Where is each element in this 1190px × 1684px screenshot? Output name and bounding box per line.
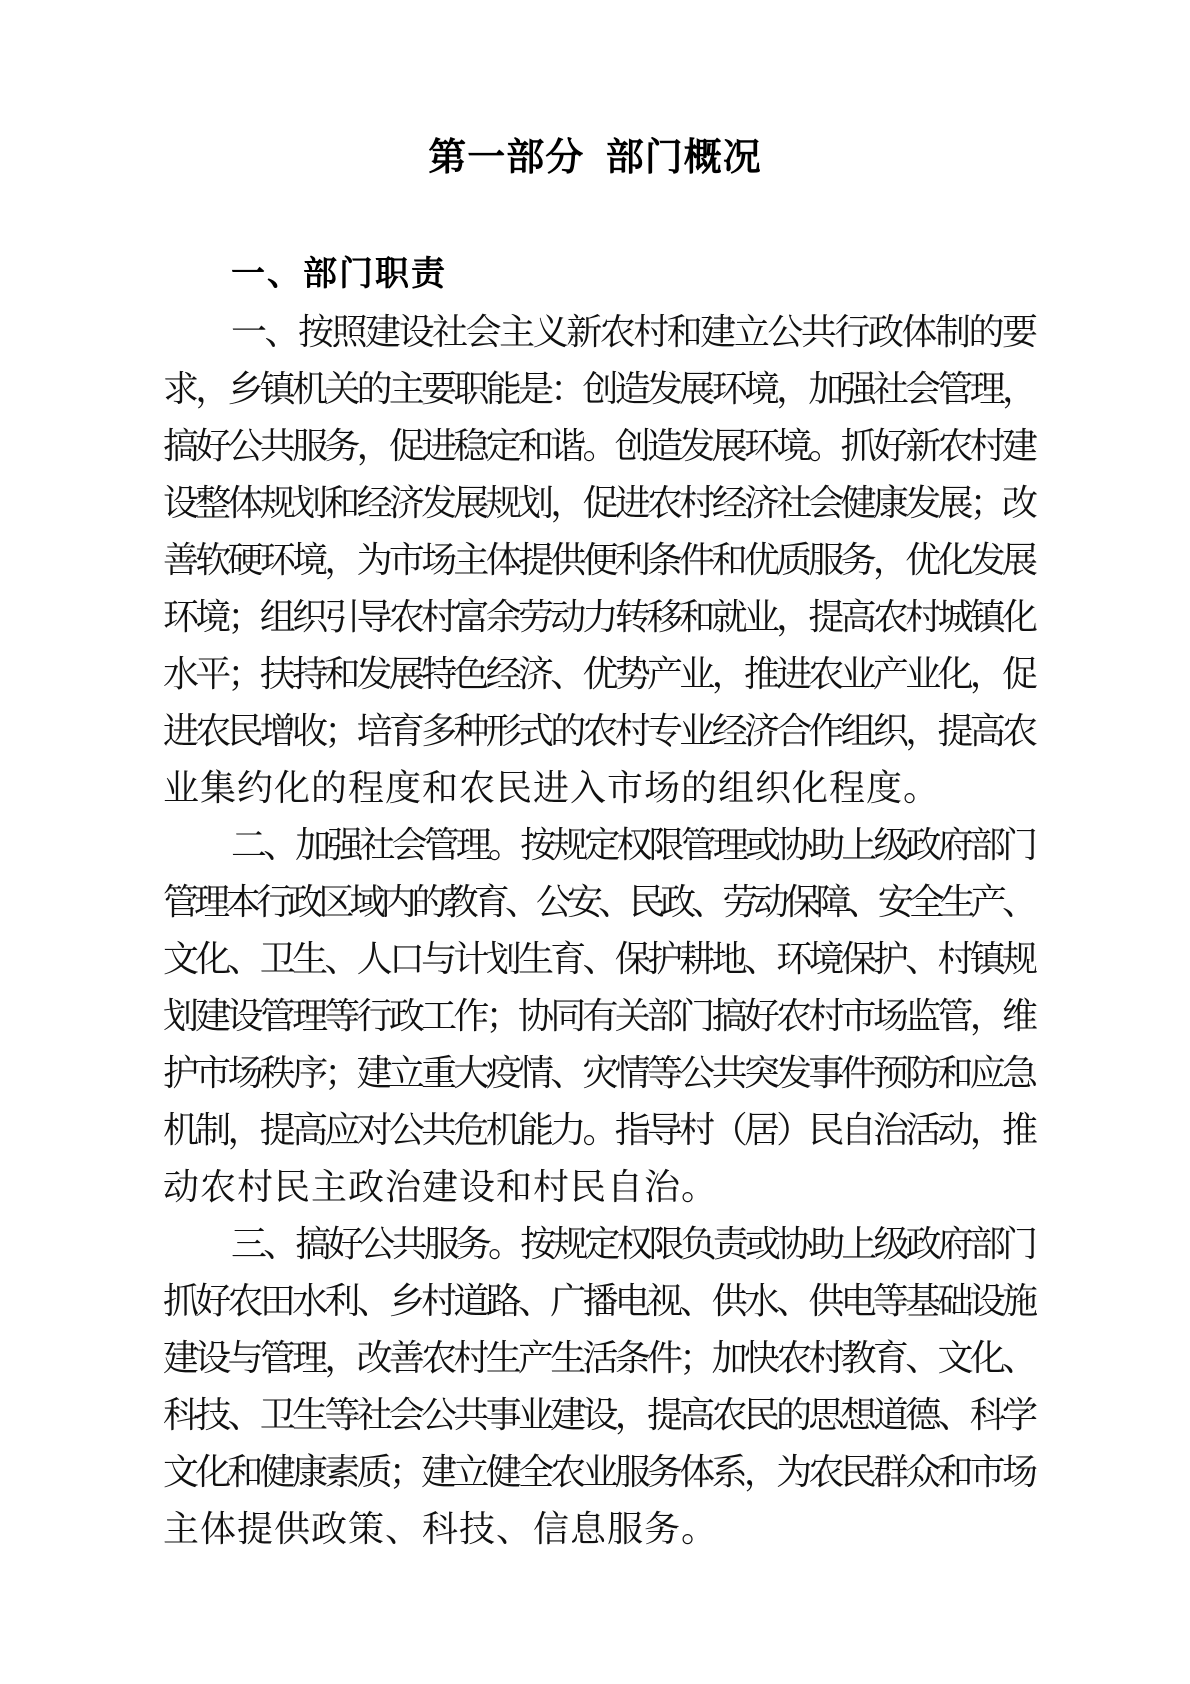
document-body: 一、部门职责 一、按照建设社会主义新农村和建立公共行政体制的要求，乡镇机关的主要… bbox=[0, 254, 1190, 1558]
paragraph-1-line-4: 设整体规划和经济发展规划，促进农村经济社会健康发展；改 bbox=[163, 475, 1038, 532]
paragraph-3-line-1: 三、搞好公共服务。按规定权限负责或协助上级政府部门 bbox=[163, 1216, 1038, 1273]
paragraph-1-line-6: 环境；组织引导农村富余劳动力转移和就业，提高农村城镇化 bbox=[163, 589, 1038, 646]
document-page: 第一部分 部门概况 一、部门职责 一、按照建设社会主义新农村和建立公共行政体制的… bbox=[0, 0, 1190, 1684]
body-text: 业集约化的程度和农民进入市场的组织化程度。 bbox=[163, 760, 940, 817]
paragraph-2-line-2: 管理本行政区域内的教育、公安、民政、劳动保障、安全生产、 bbox=[163, 874, 1038, 931]
paragraph-1-line-5: 善软硬环境，为市场主体提供便利条件和优质服务，优化发展 bbox=[163, 532, 1038, 589]
paragraph-2-line-5: 护市场秩序；建立重大疫情、灾情等公共突发事件预防和应急 bbox=[163, 1045, 1038, 1102]
body-text: 善软硬环境，为市场主体提供便利条件和优质服务，优化发展 bbox=[163, 532, 1034, 589]
body-text: 主体提供政策、科技、信息服务。 bbox=[163, 1501, 718, 1558]
document-title: 第一部分 部门概况 bbox=[0, 134, 1190, 182]
paragraph-1-line-1: 一、按照建设社会主义新农村和建立公共行政体制的要 bbox=[163, 304, 1038, 361]
paragraph-3-line-6: 主体提供政策、科技、信息服务。 bbox=[163, 1501, 1038, 1558]
body-text: 抓好农田水利、乡村道路、广播电视、供水、供电等基础设施 bbox=[163, 1273, 1034, 1330]
body-text: 三、搞好公共服务。按规定权限负责或协助上级政府部门 bbox=[231, 1216, 1034, 1273]
body-text: 划建设管理等行政工作；协同有关部门搞好农村市场监管，维 bbox=[163, 988, 1034, 1045]
body-text: 设整体规划和经济发展规划，促进农村经济社会健康发展；改 bbox=[163, 475, 1034, 532]
section-heading: 一、部门职责 bbox=[163, 254, 1038, 294]
body-text: 一、按照建设社会主义新农村和建立公共行政体制的要 bbox=[231, 304, 1036, 361]
paragraph-1-line-2: 求，乡镇机关的主要职能是：创造发展环境，加强社会管理， bbox=[163, 361, 1038, 418]
body-text: 进农民增收；培育多种形式的农村专业经济合作组织，提高农 bbox=[163, 703, 1034, 760]
body-text: 科技、卫生等社会公共事业建设，提高农民的思想道德、科学 bbox=[163, 1387, 1034, 1444]
paragraph-3-line-4: 科技、卫生等社会公共事业建设，提高农民的思想道德、科学 bbox=[163, 1387, 1038, 1444]
paragraphs-container: 一、按照建设社会主义新农村和建立公共行政体制的要求，乡镇机关的主要职能是：创造发… bbox=[163, 304, 1038, 1558]
body-text: 搞好公共服务，促进稳定和谐。创造发展环境。抓好新农村建 bbox=[163, 418, 1034, 475]
paragraph-1-line-3: 搞好公共服务，促进稳定和谐。创造发展环境。抓好新农村建 bbox=[163, 418, 1038, 475]
body-text: 动农村民主政治建设和村民自治。 bbox=[163, 1159, 718, 1216]
body-text: 护市场秩序；建立重大疫情、灾情等公共突发事件预防和应急 bbox=[163, 1045, 1034, 1102]
body-text: 水平；扶持和发展特色经济、优势产业，推进农业产业化，促 bbox=[163, 646, 1034, 703]
paragraph-1-line-7: 水平；扶持和发展特色经济、优势产业，推进农业产业化，促 bbox=[163, 646, 1038, 703]
body-text: 文化、卫生、人口与计划生育、保护耕地、环境保护、村镇规 bbox=[163, 931, 1034, 988]
body-text: 环境；组织引导农村富余劳动力转移和就业，提高农村城镇化 bbox=[163, 589, 1034, 646]
body-text: 求，乡镇机关的主要职能是：创造发展环境，加强社会管理， bbox=[163, 361, 1034, 418]
paragraph-3-line-5: 文化和健康素质；建立健全农业服务体系，为农民群众和市场 bbox=[163, 1444, 1038, 1501]
paragraph-2-line-1: 二、加强社会管理。按规定权限管理或协助上级政府部门 bbox=[163, 817, 1038, 874]
paragraph-3-line-3: 建设与管理，改善农村生产生活条件；加快农村教育、文化、 bbox=[163, 1330, 1038, 1387]
body-text: 建设与管理，改善农村生产生活条件；加快农村教育、文化、 bbox=[163, 1330, 1034, 1387]
body-text: 文化和健康素质；建立健全农业服务体系，为农民群众和市场 bbox=[163, 1444, 1034, 1501]
paragraph-2-line-7: 动农村民主政治建设和村民自治。 bbox=[163, 1159, 1038, 1216]
body-text: 机制，提高应对公共危机能力。指导村（居）民自治活动，推 bbox=[163, 1102, 1034, 1159]
body-text: 管理本行政区域内的教育、公安、民政、劳动保障、安全生产、 bbox=[163, 874, 1033, 931]
paragraph-3-line-2: 抓好农田水利、乡村道路、广播电视、供水、供电等基础设施 bbox=[163, 1273, 1038, 1330]
paragraph-2-line-3: 文化、卫生、人口与计划生育、保护耕地、环境保护、村镇规 bbox=[163, 931, 1038, 988]
body-text: 二、加强社会管理。按规定权限管理或协助上级政府部门 bbox=[231, 817, 1034, 874]
paragraph-1-line-9: 业集约化的程度和农民进入市场的组织化程度。 bbox=[163, 760, 1038, 817]
paragraph-1-line-8: 进农民增收；培育多种形式的农村专业经济合作组织，提高农 bbox=[163, 703, 1038, 760]
paragraph-2-line-4: 划建设管理等行政工作；协同有关部门搞好农村市场监管，维 bbox=[163, 988, 1038, 1045]
paragraph-2-line-6: 机制，提高应对公共危机能力。指导村（居）民自治活动，推 bbox=[163, 1102, 1038, 1159]
